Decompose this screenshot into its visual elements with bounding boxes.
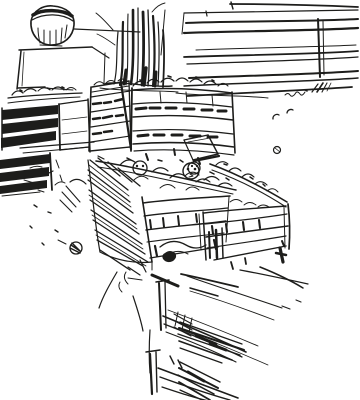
sketch-canvas xyxy=(0,0,360,400)
trestle xyxy=(99,260,258,400)
middle-crate xyxy=(131,76,235,155)
sketch-illustration xyxy=(0,0,360,400)
center-crate xyxy=(88,158,236,270)
right-crate xyxy=(184,135,308,284)
board-fence xyxy=(161,2,358,98)
fly-speck xyxy=(274,147,281,154)
floor-planks xyxy=(178,267,303,400)
